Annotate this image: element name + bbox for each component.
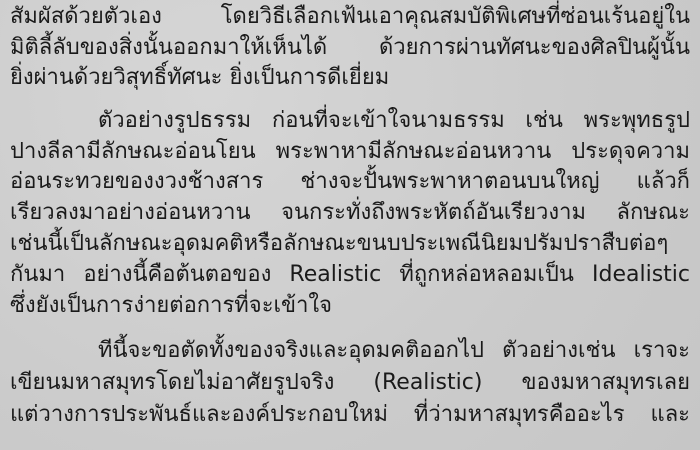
text-line: ทีนี้จะขอตัดทั้งของจริงและอุดมคติออกไป ต… — [98, 336, 690, 366]
text-line: กันมา อย่างนี้คือต้นตอของ Realistic ที่ถ… — [10, 260, 690, 290]
text-line: ปางลีลามีลักษณะอ่อนโยน พระพาหามีลักษณะอ่… — [10, 137, 690, 167]
text-line: มิติลี้ลับของสิ่งนั้นออกมาให้เห็นได้ ด้ว… — [10, 33, 690, 63]
text-line: ตัวอย่างรูปธรรม ก่อนที่จะเข้าใจนามธรรม เ… — [98, 106, 690, 136]
text-line: ยิ่งผ่านด้วยวิสุทธิ์ทัศนะ ยิ่งเป็นการดีเ… — [10, 63, 690, 93]
text-line: ซึ่งยังเป็นการง่ายต่อการที่จะเข้าใจ — [10, 291, 690, 321]
text-line: แต่วางการประพันธ์และองค์ประกอบใหม่ ที่ว่… — [10, 400, 690, 430]
text-line: เรียวลงมาอย่างอ่อนหวาน จนกระทั่งถึงพระหั… — [10, 198, 690, 228]
text-line: เขียนมหาสมุทรโดยไม่อาศัยรูปจริง (Realist… — [10, 368, 690, 398]
text-line: เช่นนี้เป็นลักษณะอุดมคติหรือลักษณะขนบประ… — [10, 229, 690, 259]
text-line: อ่อนระทวยของงวงช้างสาร ช่างจะปั้นพระพาหา… — [10, 167, 690, 197]
scanned-document-page: สัมผัสด้วยตัวเอง โดยวิธีเลือกเฟ้นเอาคุณส… — [0, 0, 700, 450]
text-line: สัมผัสด้วยตัวเอง โดยวิธีเลือกเฟ้นเอาคุณส… — [10, 2, 690, 32]
